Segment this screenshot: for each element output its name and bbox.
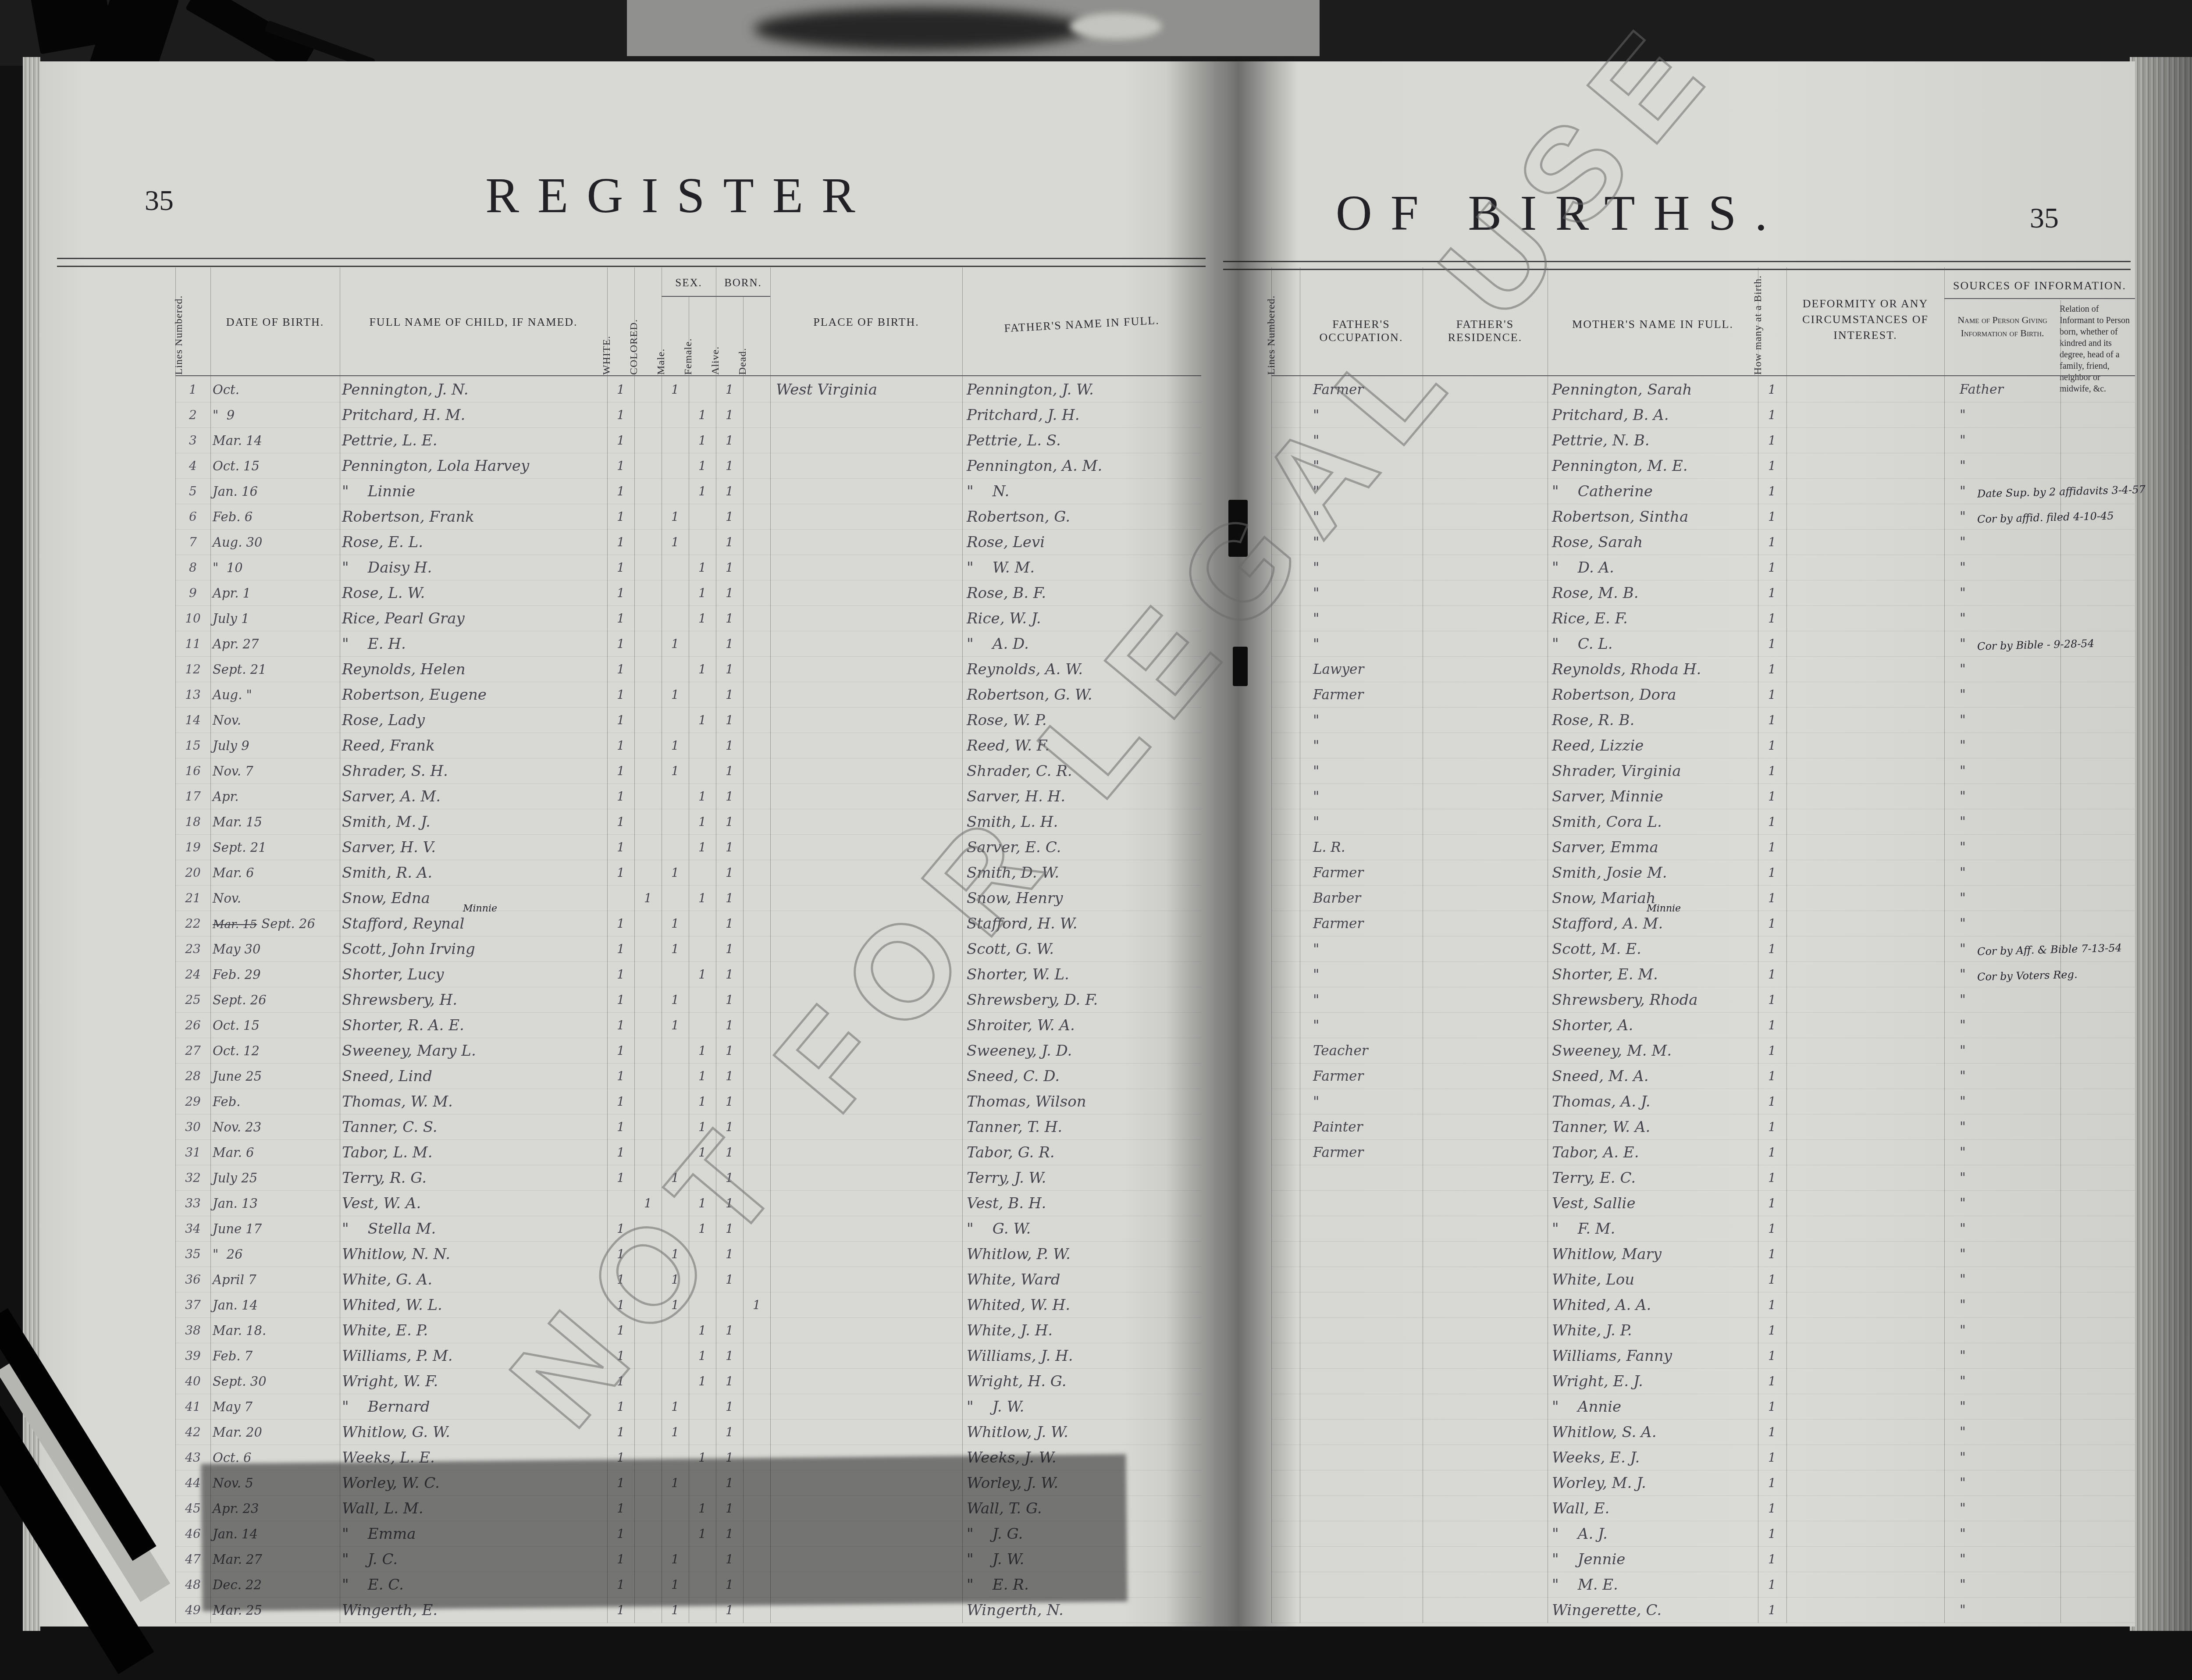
informant-name: "	[1960, 835, 2060, 860]
line-number: 27	[175, 1038, 210, 1064]
born-tick: 1	[721, 504, 738, 530]
mother-name: Whited, A. A.	[1552, 1292, 1758, 1318]
born-tick: 1	[721, 962, 738, 987]
date-of-birth: Feb.	[213, 1089, 335, 1114]
how-many-tick: 1	[1763, 555, 1781, 580]
table-row: Whitlow, Mary1"	[1214, 1242, 2135, 1267]
father-occupation: Barber	[1313, 886, 1423, 911]
table-row: 23May 30Scott, John Irving111Scott, G. W…	[39, 936, 1214, 962]
line-number: 34	[175, 1216, 210, 1242]
line-number: 12	[175, 657, 210, 682]
table-row: 30Nov. 23Tanner, C. S.111Tanner, T. H.	[39, 1114, 1214, 1140]
mother-name: Rice, E. F.	[1552, 606, 1758, 631]
informant-name: "	[1960, 1470, 2060, 1496]
book-gutter-shadow	[1166, 57, 1298, 1631]
mother-name: Reynolds, Rhoda H.	[1552, 657, 1758, 682]
how-many-tick: 1	[1763, 402, 1781, 428]
sex-tick: 1	[694, 708, 711, 733]
informant-name: "	[1960, 860, 2060, 886]
informant-name: "	[1960, 1114, 2060, 1140]
mother-name: Scott, M. E.	[1552, 936, 1758, 962]
born-tick: 1	[721, 1013, 738, 1038]
table-row: " Jennie1"	[1214, 1547, 2135, 1572]
how-many-tick: 1	[1763, 1572, 1781, 1598]
table-row: 28June 25Sneed, Lind111Sneed, C. D.	[39, 1064, 1214, 1089]
mother-name: Shrader, Virginia	[1552, 758, 1758, 784]
born-tick: 1	[721, 428, 738, 453]
informant-name: "	[1960, 1292, 2060, 1318]
table-row: " M. E.1"	[1214, 1572, 2135, 1598]
race-tick: 1	[612, 733, 630, 758]
mother-name: Pritchard, B. A.	[1552, 402, 1758, 428]
how-many-tick: 1	[1763, 657, 1781, 682]
date-of-birth: Mar. 6	[213, 1140, 335, 1165]
column-rule	[175, 267, 176, 1623]
how-many-tick: 1	[1763, 758, 1781, 784]
table-row: 27Oct. 12Sweeney, Mary L.111Sweeney, J. …	[39, 1038, 1214, 1064]
how-many-tick: 1	[1763, 784, 1781, 809]
race-tick: 1	[612, 1114, 630, 1140]
father-occupation: "	[1313, 784, 1423, 809]
how-many-tick: 1	[1763, 1369, 1781, 1394]
table-row: Williams, Fanny1"	[1214, 1343, 2135, 1369]
table-row: "Shorter, E. M.1"Cor by Voters Reg.	[1214, 962, 2135, 987]
table-row: 9Apr. 1Rose, L. W.111Rose, B. F.	[39, 580, 1214, 606]
mother-name: " F. M.	[1552, 1216, 1758, 1242]
father-occupation: L. R.	[1313, 835, 1423, 860]
line-number: 1	[175, 377, 210, 402]
how-many-tick: 1	[1763, 377, 1781, 402]
line-number: 14	[175, 708, 210, 733]
informant-name: "	[1960, 758, 2060, 784]
right-table-body: FarmerPennington, Sarah1Father"Pritchard…	[1214, 61, 2135, 1627]
sex-tick: 1	[694, 606, 711, 631]
book-fore-edge	[2130, 57, 2192, 1631]
mother-name: Terry, E. C.	[1552, 1165, 1758, 1191]
informant-name: "	[1960, 1572, 2060, 1598]
child-name: " E. H.	[342, 631, 605, 657]
race-tick: 1	[612, 428, 630, 453]
sex-tick: 1	[694, 555, 711, 580]
how-many-tick: 1	[1763, 1013, 1781, 1038]
table-row: 8" 10" Daisy H.111" W. M.	[39, 555, 1214, 580]
informant-name: "	[1960, 1064, 2060, 1089]
sex-tick: 1	[694, 1343, 711, 1369]
race-tick: 1	[612, 1064, 630, 1089]
sex-tick: 1	[694, 1038, 711, 1064]
race-tick: 1	[612, 402, 630, 428]
child-name: Shrader, S. H.	[342, 758, 605, 784]
date-of-birth: Mar. 20	[213, 1420, 335, 1445]
informant-name: "	[1960, 1445, 2060, 1470]
sex-tick: 1	[694, 657, 711, 682]
born-tick: 1	[721, 886, 738, 911]
sex-tick: 1	[666, 377, 684, 402]
informant-name: "	[1960, 453, 2060, 479]
date-of-birth: May 7	[213, 1394, 335, 1420]
race-tick: 1	[612, 987, 630, 1013]
race-tick: 1	[612, 962, 630, 987]
table-row: 29Feb.Thomas, W. M.111Thomas, Wilson	[39, 1089, 1214, 1114]
informant-name: "	[1960, 1242, 2060, 1267]
line-number: 6	[175, 504, 210, 530]
race-tick: 1	[612, 860, 630, 886]
how-many-tick: 1	[1763, 835, 1781, 860]
table-row: "Rose, M. B.1"	[1214, 580, 2135, 606]
date-of-birth: Apr. 27	[213, 631, 335, 657]
column-rule	[716, 267, 716, 1623]
line-number: 32	[175, 1165, 210, 1191]
child-name: Sarver, A. M.	[342, 784, 605, 809]
date-of-birth: " 10	[213, 555, 335, 580]
mother-name: Tabor, A. E.	[1552, 1140, 1758, 1165]
table-row: "Scott, M. E.1"Cor by Aff. & Bible 7-13-…	[1214, 936, 2135, 962]
scanned-register-photo: 35 REGISTER Lines Numbered. DATE OF BIRT…	[0, 0, 2192, 1680]
table-row: "Thomas, A. J.1"	[1214, 1089, 2135, 1114]
father-occupation: "	[1313, 580, 1423, 606]
child-name: " Daisy H.	[342, 555, 605, 580]
father-occupation: "	[1313, 708, 1423, 733]
how-many-tick: 1	[1763, 479, 1781, 504]
column-rule	[662, 267, 662, 1623]
correction-note: Cor by Bible - 9-28-54	[1977, 629, 2161, 659]
column-rule	[1944, 267, 1945, 1623]
table-row: "Smith, Cora L.1"	[1214, 809, 2135, 835]
mother-name: Whitlow, S. A.	[1552, 1420, 1758, 1445]
table-row: White, J. P.1"	[1214, 1318, 2135, 1343]
line-number: 8	[175, 555, 210, 580]
sex-tick: 1	[694, 428, 711, 453]
how-many-tick: 1	[1763, 682, 1781, 708]
born-tick: 1	[721, 1369, 738, 1394]
informant-name: "	[1960, 886, 2060, 911]
table-row: Worley, M. J.1"	[1214, 1470, 2135, 1496]
sex-tick: 1	[694, 1369, 711, 1394]
date-of-birth: Sept. 21	[213, 657, 335, 682]
father-occupation: Farmer	[1313, 1064, 1423, 1089]
child-name: Vest, W. A.	[342, 1191, 605, 1216]
sex-tick: 1	[694, 835, 711, 860]
informant-name: "	[1960, 1420, 2060, 1445]
line-number: 26	[175, 1013, 210, 1038]
how-many-tick: 1	[1763, 809, 1781, 835]
father-occupation: "	[1313, 962, 1423, 987]
mother-name: White, J. P.	[1552, 1318, 1758, 1343]
child-name: Tabor, L. M.	[342, 1140, 605, 1165]
how-many-tick: 1	[1763, 911, 1781, 936]
informant-name: "	[1960, 580, 2060, 606]
how-many-tick: 1	[1763, 733, 1781, 758]
column-rule	[340, 267, 340, 1623]
mother-name: Wingerette, C.	[1552, 1598, 1758, 1623]
race-tick: 1	[612, 1013, 630, 1038]
how-many-tick: 1	[1763, 886, 1781, 911]
child-name: Shorter, R. A. E.	[342, 1013, 605, 1038]
line-number: 13	[175, 682, 210, 708]
date-of-birth: Nov. 23	[213, 1114, 335, 1140]
father-occupation: Teacher	[1313, 1038, 1423, 1064]
date-of-birth: June 25	[213, 1064, 335, 1089]
born-tick: 1	[721, 1394, 738, 1420]
how-many-tick: 1	[1763, 606, 1781, 631]
child-name: Reed, Frank	[342, 733, 605, 758]
date-of-birth: Oct. 15	[213, 453, 335, 479]
how-many-tick: 1	[1763, 1521, 1781, 1547]
date-of-birth: Feb. 6	[213, 504, 335, 530]
sex-tick: 1	[666, 1013, 684, 1038]
informant-name: "	[1960, 1369, 2060, 1394]
how-many-tick: 1	[1763, 1242, 1781, 1267]
line-number: 31	[175, 1140, 210, 1165]
line-number: 42	[175, 1420, 210, 1445]
line-number: 41	[175, 1394, 210, 1420]
table-row: PainterTanner, W. A.1"	[1214, 1114, 2135, 1140]
informant-name: "	[1960, 1165, 2060, 1191]
child-name: Pettrie, L. E.	[342, 428, 605, 453]
informant-name: "	[1960, 1191, 2060, 1216]
race-tick: 1	[612, 682, 630, 708]
table-row: FarmerRobertson, Dora1"	[1214, 682, 2135, 708]
table-row: "Rice, E. F.1"	[1214, 606, 2135, 631]
sex-tick: 1	[694, 1064, 711, 1089]
line-number: 28	[175, 1064, 210, 1089]
table-row: Whited, A. A.1"	[1214, 1292, 2135, 1318]
informant-name: "	[1960, 1089, 2060, 1114]
how-many-tick: 1	[1763, 1420, 1781, 1445]
sex-tick: 1	[666, 911, 684, 936]
informant-name: "	[1960, 1013, 2060, 1038]
table-row: L. R.Sarver, Emma1"	[1214, 835, 2135, 860]
mother-name: Smith, Cora L.	[1552, 809, 1758, 835]
how-many-tick: 1	[1763, 1191, 1781, 1216]
photo-plate-blob	[754, 8, 1087, 50]
line-number: 23	[175, 936, 210, 962]
date-of-birth: June 17	[213, 1216, 335, 1242]
informant-name: "	[1960, 1496, 2060, 1521]
informant-name: "	[1960, 1267, 2060, 1292]
father-occupation: Farmer	[1313, 1140, 1423, 1165]
informant-name: "	[1960, 1598, 2060, 1623]
informant-name: "	[1960, 911, 2060, 936]
child-name: Rice, Pearl Gray	[342, 606, 605, 631]
how-many-tick: 1	[1763, 1114, 1781, 1140]
sex-tick: 1	[666, 733, 684, 758]
mother-name: " Annie	[1552, 1394, 1758, 1420]
date-of-birth: Oct. 12	[213, 1038, 335, 1064]
sex-tick: 1	[666, 1420, 684, 1445]
sex-tick: 1	[694, 962, 711, 987]
line-number: 40	[175, 1369, 210, 1394]
father-occupation: "	[1313, 936, 1423, 962]
mother-name: White, Lou	[1552, 1267, 1758, 1292]
line-number: 9	[175, 580, 210, 606]
sex-tick: 1	[666, 682, 684, 708]
child-name: Shrewsbery, H.	[342, 987, 605, 1013]
table-row: 5Jan. 16" Linnie111" N.	[39, 479, 1214, 504]
informant-name: "	[1960, 1038, 2060, 1064]
table-row: " Annie1"	[1214, 1394, 2135, 1420]
line-number: 18	[175, 809, 210, 835]
date-of-birth: Feb. 7	[213, 1343, 335, 1369]
born-tick: 1	[721, 530, 738, 555]
sex-tick: 1	[694, 886, 711, 911]
born-tick: 1	[721, 580, 738, 606]
mother-name: Reed, Lizzie	[1552, 733, 1758, 758]
table-row: 4Oct. 15Pennington, Lola Harvey111Pennin…	[39, 453, 1214, 479]
mother-name: " M. E.	[1552, 1572, 1758, 1598]
born-tick: 1	[721, 835, 738, 860]
informant-name: "	[1960, 1394, 2060, 1420]
born-tick: 1	[721, 1420, 738, 1445]
how-many-tick: 1	[1763, 428, 1781, 453]
child-name: Sneed, Lind	[342, 1064, 605, 1089]
child-name: Rose, E. L.	[342, 530, 605, 555]
how-many-tick: 1	[1763, 1343, 1781, 1369]
race-tick: 1	[612, 758, 630, 784]
table-row: 3Mar. 14Pettrie, L. E.111Pettrie, L. S.	[39, 428, 1214, 453]
date-of-birth: Nov.	[213, 886, 335, 911]
mother-name: Pennington, M. E.	[1552, 453, 1758, 479]
mother-name: Weeks, E. J.	[1552, 1445, 1758, 1470]
born-tick: 1	[721, 377, 738, 402]
informant-name: "	[1960, 809, 2060, 835]
date-of-birth: July 9	[213, 733, 335, 758]
mother-name: Smith, Josie M.	[1552, 860, 1758, 886]
mother-name: " C. L.	[1552, 631, 1758, 657]
date-of-birth: Sept. 26	[213, 987, 335, 1013]
race-tick: 1	[612, 377, 630, 402]
sex-tick: 1	[666, 860, 684, 886]
how-many-tick: 1	[1763, 1267, 1781, 1292]
line-number: 29	[175, 1089, 210, 1114]
how-many-tick: 1	[1763, 530, 1781, 555]
mother-name: Whitlow, Mary	[1552, 1242, 1758, 1267]
line-number: 20	[175, 860, 210, 886]
correction-note: Cor by affid. filed 4-10-45	[1977, 502, 2161, 532]
born-tick: 1	[721, 631, 738, 657]
mother-name: Shrewsbery, Rhoda	[1552, 987, 1758, 1013]
date-of-birth: Feb. 29	[213, 962, 335, 987]
mother-name: Pennington, Sarah	[1552, 377, 1758, 402]
table-row: LawyerReynolds, Rhoda H.1"	[1214, 657, 2135, 682]
mother-name: " D. A.	[1552, 555, 1758, 580]
how-many-tick: 1	[1763, 1089, 1781, 1114]
table-row: 1Oct.Pennington, J. N.111West VirginiaPe…	[39, 377, 1214, 402]
born-tick: 1	[721, 758, 738, 784]
race-tick: 1	[639, 886, 657, 911]
table-row: "Shorter, A.1"	[1214, 1013, 2135, 1038]
race-tick: 1	[612, 580, 630, 606]
informant-name: "	[1960, 657, 2060, 682]
date-of-birth: Mar. 15	[213, 809, 335, 835]
sex-tick: 1	[666, 504, 684, 530]
table-row: White, Lou1"	[1214, 1267, 2135, 1292]
line-number: 11	[175, 631, 210, 657]
how-many-tick: 1	[1763, 1165, 1781, 1191]
date-of-birth: Apr. 1	[213, 580, 335, 606]
informant-name: "	[1960, 428, 2060, 453]
child-name: Smith, M. J.	[342, 809, 605, 835]
date-of-birth: " 26	[213, 1242, 335, 1267]
informant-name: "	[1960, 987, 2060, 1013]
born-tick: 1	[721, 987, 738, 1013]
child-name: Reynolds, Helen	[342, 657, 605, 682]
table-row: 25Sept. 26Shrewsbery, H.111Shrewsbery, D…	[39, 987, 1214, 1013]
child-name: " Linnie	[342, 479, 605, 504]
informant-name: "	[1960, 1343, 2060, 1369]
how-many-tick: 1	[1763, 453, 1781, 479]
column-rule	[770, 267, 771, 1623]
date-of-birth: Aug. "	[213, 682, 335, 708]
mother-name: " Catherine	[1552, 479, 1758, 504]
line-number: 19	[175, 835, 210, 860]
born-tick: 1	[721, 733, 738, 758]
table-row: "Rose, R. B.1"	[1214, 708, 2135, 733]
table-row: 2" 9Pritchard, H. M.111Pritchard, J. H.	[39, 402, 1214, 428]
date-of-birth: Mar. 6	[213, 860, 335, 886]
how-many-tick: 1	[1763, 1547, 1781, 1572]
born-tick: 1	[721, 1318, 738, 1343]
date-of-birth: Nov. 7	[213, 758, 335, 784]
how-many-tick: 1	[1763, 1318, 1781, 1343]
how-many-tick: 1	[1763, 708, 1781, 733]
child-name: Scott, John Irving	[342, 936, 605, 962]
column-rule	[743, 296, 744, 1623]
born-tick: 1	[721, 657, 738, 682]
born-tick: 1	[721, 606, 738, 631]
father-occupation: "	[1313, 987, 1423, 1013]
column-rule	[634, 267, 635, 1623]
informant-name: "	[1960, 555, 2060, 580]
how-many-tick: 1	[1763, 860, 1781, 886]
how-many-tick: 1	[1763, 1394, 1781, 1420]
photo-smudge	[201, 1454, 1127, 1611]
date-of-birth: Apr.	[213, 784, 335, 809]
mother-name: " Jennie	[1552, 1547, 1758, 1572]
mother-name: Williams, Fanny	[1552, 1343, 1758, 1369]
column-rule	[1786, 267, 1787, 1623]
line-number: 10	[175, 606, 210, 631]
table-row: "Shrader, Virginia1"	[1214, 758, 2135, 784]
father-occupation: "	[1313, 809, 1423, 835]
table-row: 12Sept. 21Reynolds, Helen111Reynolds, A.…	[39, 657, 1214, 682]
father-occupation: "	[1313, 1013, 1423, 1038]
table-row: "Reed, Lizzie1"	[1214, 733, 2135, 758]
mother-name: " A. J.	[1552, 1521, 1758, 1547]
informant-name: "	[1960, 1216, 2060, 1242]
column-rule	[1423, 267, 1423, 1623]
mother-name: Wright, E. J.	[1552, 1369, 1758, 1394]
informant-name: "	[1960, 733, 2060, 758]
born-tick: 1	[721, 784, 738, 809]
sex-tick: 1	[694, 479, 711, 504]
child-name: Sweeney, Mary L.	[342, 1038, 605, 1064]
informant-name: "	[1960, 784, 2060, 809]
born-tick: 1	[721, 860, 738, 886]
informant-name: "	[1960, 530, 2060, 555]
born-tick: 1	[721, 555, 738, 580]
race-tick: 1	[612, 555, 630, 580]
line-number: 21	[175, 886, 210, 911]
race-tick: 1	[612, 809, 630, 835]
child-name: Rose, Lady	[342, 708, 605, 733]
race-tick: 1	[612, 1089, 630, 1114]
how-many-tick: 1	[1763, 1292, 1781, 1318]
sex-tick: 1	[666, 631, 684, 657]
line-number: 35	[175, 1242, 210, 1267]
informant-name: "	[1960, 1547, 2060, 1572]
line-number: 37	[175, 1292, 210, 1318]
